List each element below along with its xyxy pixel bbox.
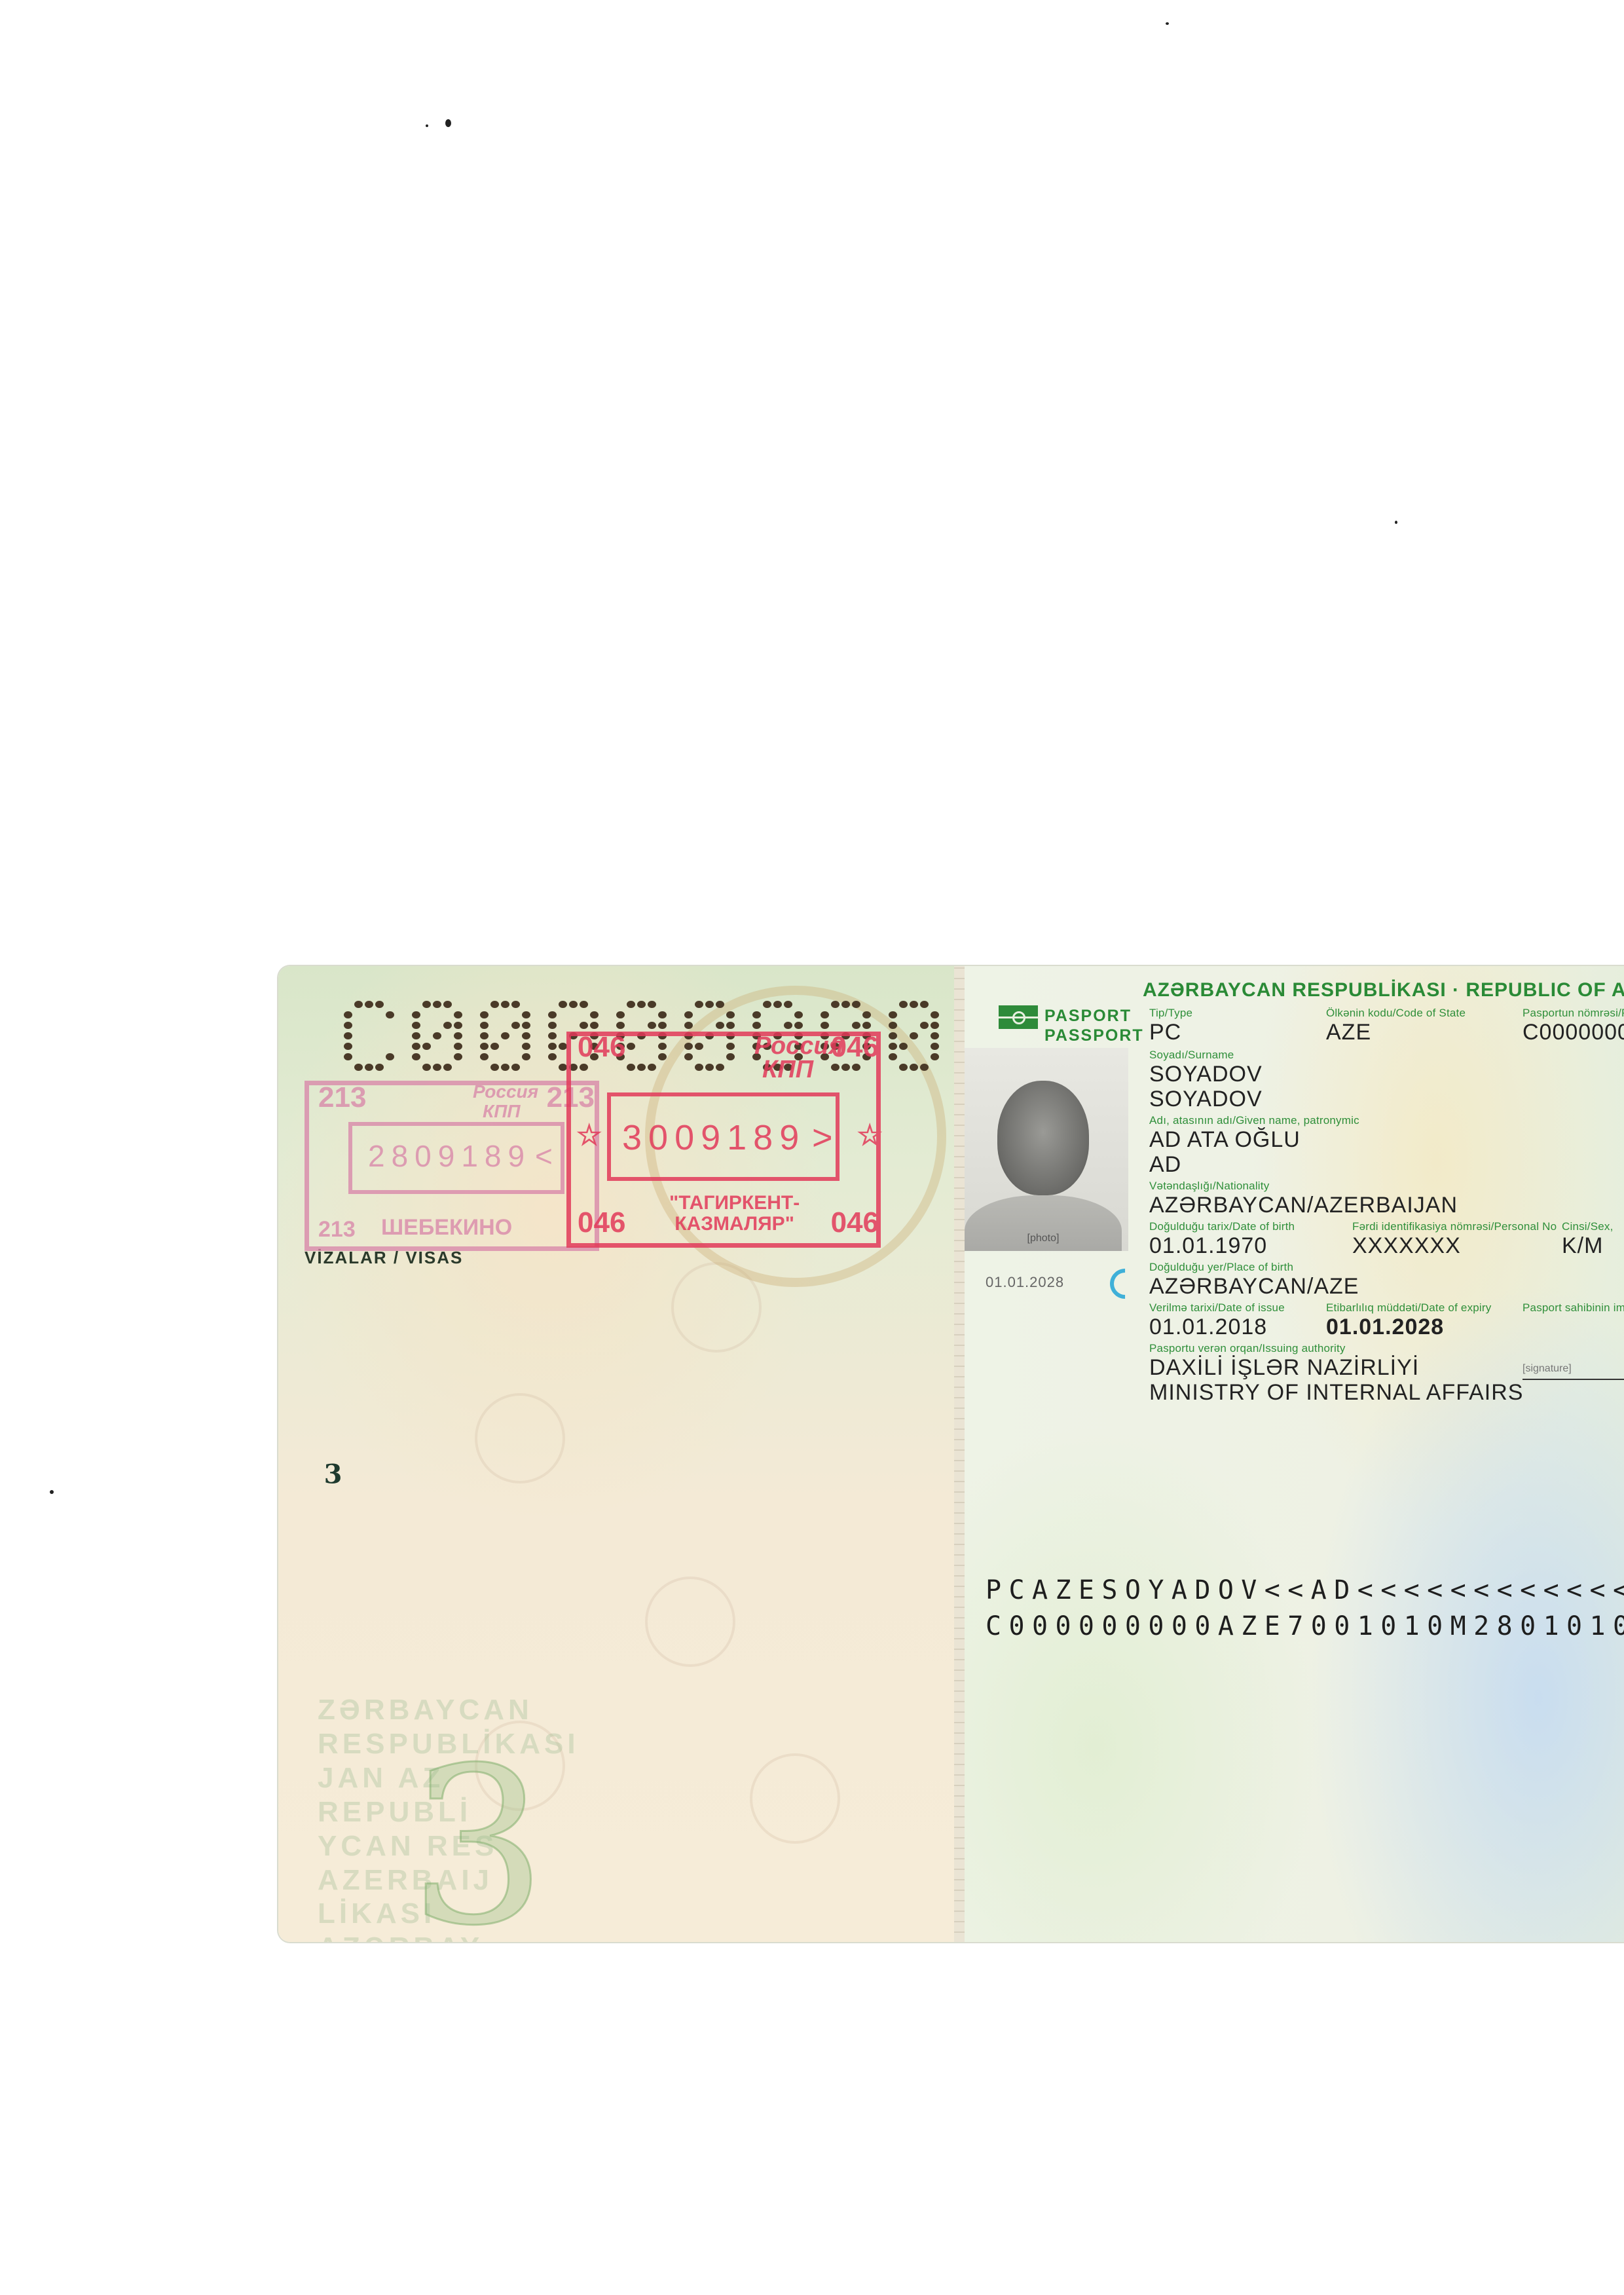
perforation-dot (852, 1001, 860, 1008)
value-nationality: AZƏRBAYCAN/AZERBAIJAN (1149, 1194, 1458, 1216)
perforation-dot (522, 1053, 530, 1060)
perforation-dot (931, 1043, 939, 1050)
page-gutter-stitching (954, 966, 965, 1942)
perforation-dot (480, 1053, 489, 1060)
perforation-dot (831, 1001, 840, 1008)
perforation-dot (501, 1001, 509, 1008)
label-date-of-birth: Doğulduğu tarix/Date of birth (1149, 1220, 1295, 1233)
doc-title-az: PASPORT (1044, 1007, 1132, 1026)
perforation-dot (522, 1011, 530, 1018)
value-given-names-latin: AD (1149, 1153, 1181, 1176)
perforation-dot (480, 1011, 489, 1018)
perforation-dot (422, 1043, 431, 1050)
perforation-dot (637, 1001, 646, 1008)
perforation-dot (443, 1064, 452, 1071)
perforation-dot (511, 1022, 520, 1029)
perforation-dot (726, 1011, 735, 1018)
value-sex: K/M (1562, 1235, 1603, 1257)
perforation-dot (705, 1001, 714, 1008)
perforation-dot (522, 1043, 530, 1050)
perforation-dot (931, 1053, 939, 1060)
page-number-watermark: 3 (409, 1739, 547, 1942)
perforation-dot (794, 1011, 803, 1018)
perforation-dot (422, 1001, 431, 1008)
value-code-of-state: AZE (1326, 1021, 1371, 1043)
value-place-of-birth: AZƏRBAYCAN/AZE (1149, 1275, 1359, 1297)
perforation-dot (454, 1032, 462, 1039)
passport-spread: ZƏRBAYCAN RESPUBLİKASI JAN AZ REPUBLİ YC… (278, 966, 1624, 1942)
perforation-dot (443, 1001, 452, 1008)
perforation-dot (910, 1032, 918, 1039)
value-date-of-expiry: 01.01.2028 (1326, 1316, 1444, 1338)
perforation-dot (501, 1064, 509, 1071)
perforation-dot (354, 1001, 363, 1008)
mrz-line-2: C000000000AZE7001010M2801010XXXXXXX<<<<<… (986, 1611, 1624, 1641)
label-date-of-expiry: Etibarlılıq müddəti/Date of expiry (1326, 1301, 1491, 1315)
perforation-dot (386, 1053, 394, 1060)
perforation-dot (920, 1064, 929, 1071)
label-sex: Cinsi/Sex, (1562, 1220, 1614, 1233)
perforation-dot (454, 1011, 462, 1018)
scan-speck (445, 119, 451, 127)
perforation-dot (375, 1064, 384, 1071)
perforation-dot (412, 1043, 420, 1050)
scan-speck (50, 1490, 54, 1494)
holder-signature-placeholder: [signature] (1522, 1320, 1624, 1380)
value-date-of-birth: 01.01.1970 (1149, 1235, 1267, 1257)
perforation-dot (454, 1022, 462, 1029)
perforation-dot (412, 1011, 420, 1018)
perforation-dot (344, 1053, 352, 1060)
label-place-of-birth: Doğulduğu yer/Place of birth (1149, 1261, 1293, 1274)
label-issuing-authority: Pasportu verən orqan/Issuing authority (1149, 1342, 1346, 1355)
value-type: PC (1149, 1021, 1181, 1043)
visa-page: ZƏRBAYCAN RESPUBLİKASI JAN AZ REPUBLİ YC… (278, 966, 959, 1942)
label-date-of-issue: Verilmə tarixi/Date of issue (1149, 1301, 1285, 1315)
perforation-dot (490, 1043, 499, 1050)
emblem-chip-icon (999, 1005, 1038, 1029)
value-authority-local: DAXİLİ İŞLƏR NAZİRLİYİ (1149, 1356, 1419, 1379)
perforation-dot (490, 1001, 499, 1008)
perforation-dot (889, 1032, 897, 1039)
perforation-dot (920, 1001, 929, 1008)
value-date-of-issue: 01.01.2018 (1149, 1316, 1267, 1338)
value-surname-local: SOYADOV (1149, 1063, 1263, 1085)
perforation-dot (910, 1064, 918, 1071)
perforation-dot (889, 1053, 897, 1060)
perforation-dot (522, 1032, 530, 1039)
perforation-dot (548, 1032, 557, 1039)
perforation-dot (899, 1064, 908, 1071)
perforation-dot (548, 1053, 557, 1060)
holder-photo-placeholder: [photo] (959, 1048, 1128, 1251)
background-ornament (475, 1393, 565, 1483)
perforation-dot (511, 1064, 520, 1071)
perforation-dot (931, 1032, 939, 1039)
ghost-image-date: 01.01.2028 (986, 1274, 1064, 1291)
background-ornament (645, 1577, 735, 1667)
value-personal-no: XXXXXXX (1352, 1235, 1461, 1257)
label-type: Tip/Type (1149, 1007, 1192, 1020)
doc-title-en: PASSPORT (1044, 1026, 1144, 1045)
perforation-dot (365, 1001, 373, 1008)
perforation-dot (433, 1064, 441, 1071)
label-holder-signature: Pasport sahibinin imzası/Holder's signat… (1522, 1301, 1624, 1315)
perforation-dot (548, 1011, 557, 1018)
scan-speck (426, 124, 428, 127)
perforation-dot (627, 1001, 635, 1008)
perforation-dot (862, 1011, 871, 1018)
perforation-dot (454, 1053, 462, 1060)
perforation-dot (580, 1001, 588, 1008)
perforation-dot (386, 1011, 394, 1018)
value-passport-no: C00000000 (1522, 1021, 1624, 1043)
perforation-dot (422, 1064, 431, 1071)
perforation-dot (490, 1064, 499, 1071)
value-surname-latin: SOYADOV (1149, 1088, 1263, 1110)
perforation-dot (433, 1001, 441, 1008)
perforation-dot (412, 1053, 420, 1060)
label-code-of-state: Ölkənin kodu/Code of State (1326, 1007, 1466, 1020)
perforation-dot (684, 1011, 693, 1018)
perforation-dot (365, 1064, 373, 1071)
header-issuing-state: AZƏRBAYCAN RESPUBLİKASI · REPUBLIC OF AZ… (1143, 979, 1624, 1001)
data-page: PASPORT PASSPORT AZƏRBAYCAN RESPUBLİKASI… (959, 966, 1624, 1942)
perforation-dot (559, 1001, 567, 1008)
perforation-dot (344, 1022, 352, 1029)
perforation-dot (616, 1011, 625, 1018)
label-surname: Soyadı/Surname (1149, 1049, 1234, 1062)
perforation-dot (412, 1032, 420, 1039)
exit-stamp-tagirkent: 046 046 Россия КПП 3009189 > ☆ ☆ 046 046… (566, 1032, 881, 1248)
label-personal-no: Fərdi identifikasiya nömrəsi/Personal No (1352, 1220, 1557, 1233)
perforation-dot (821, 1011, 829, 1018)
perforation-dot (695, 1001, 703, 1008)
page-number: 3 (324, 1459, 342, 1490)
perforation-dot (569, 1001, 578, 1008)
perforation-dot (480, 1022, 489, 1029)
perforation-dot (344, 1011, 352, 1018)
perforation-dot (454, 1043, 462, 1050)
data-page-frame: PASPORT PASSPORT AZƏRBAYCAN RESPUBLİKASI… (959, 966, 1624, 1942)
perforation-dot (344, 1032, 352, 1039)
perforation-dot (648, 1001, 656, 1008)
value-authority-en: MINISTRY OF INTERNAL AFFAIRS (1149, 1381, 1523, 1404)
scan-speck (1166, 22, 1169, 25)
perforation-dot (375, 1001, 384, 1008)
perforation-dot (752, 1011, 761, 1018)
perforation-dot (522, 1022, 530, 1029)
perforation-dot (501, 1032, 509, 1039)
perforation-dot (763, 1001, 771, 1008)
perforation-dot (773, 1001, 782, 1008)
crescent-icon (1103, 1262, 1146, 1305)
label-passport-no: Pasportun nömrəsi/Passport No (1522, 1007, 1624, 1020)
perforation-dot (931, 1011, 939, 1018)
perforation-dot (841, 1001, 850, 1008)
perforation-dot (548, 1022, 557, 1029)
label-given-names: Adı, atasının adı/Given name, patronymic (1149, 1114, 1359, 1127)
perforation-dot (889, 1043, 897, 1050)
perforation-dot (590, 1011, 599, 1018)
perforation-dot (658, 1011, 667, 1018)
perforation-dot (480, 1032, 489, 1039)
perforation-dot (910, 1001, 918, 1008)
perforation-dot (433, 1032, 441, 1039)
perforation-dot (548, 1043, 557, 1050)
mrz-line-1: PCAZESOYADOV<<AD<<<<<<<<<<<<<<<<<<<<<<<<… (986, 1575, 1624, 1605)
perforation-dot (931, 1022, 939, 1029)
entry-stamp-shebekino: 213 213 Россия КПП 2809189 < 213 ШЕБЕКИН… (304, 1081, 599, 1251)
perforation-dot (480, 1043, 489, 1050)
perforation-dot (716, 1001, 724, 1008)
perforation-dot (784, 1001, 792, 1008)
perforation-dot (354, 1064, 363, 1071)
perforation-dot (889, 1011, 897, 1018)
perforation-dot (899, 1043, 908, 1050)
perforation-dot (889, 1022, 897, 1029)
perforation-dot (344, 1043, 352, 1050)
background-ornament (750, 1753, 840, 1844)
perforation-dot (899, 1001, 908, 1008)
value-given-names-local: AD ATA OĞLU (1149, 1129, 1301, 1151)
perforation-dot (443, 1022, 452, 1029)
label-nationality: Vətəndaşlığı/Nationality (1149, 1180, 1269, 1193)
perforation-dot (920, 1022, 929, 1029)
perforation-dot (412, 1022, 420, 1029)
perforation-dot (511, 1001, 520, 1008)
scan-speck (1395, 521, 1397, 524)
